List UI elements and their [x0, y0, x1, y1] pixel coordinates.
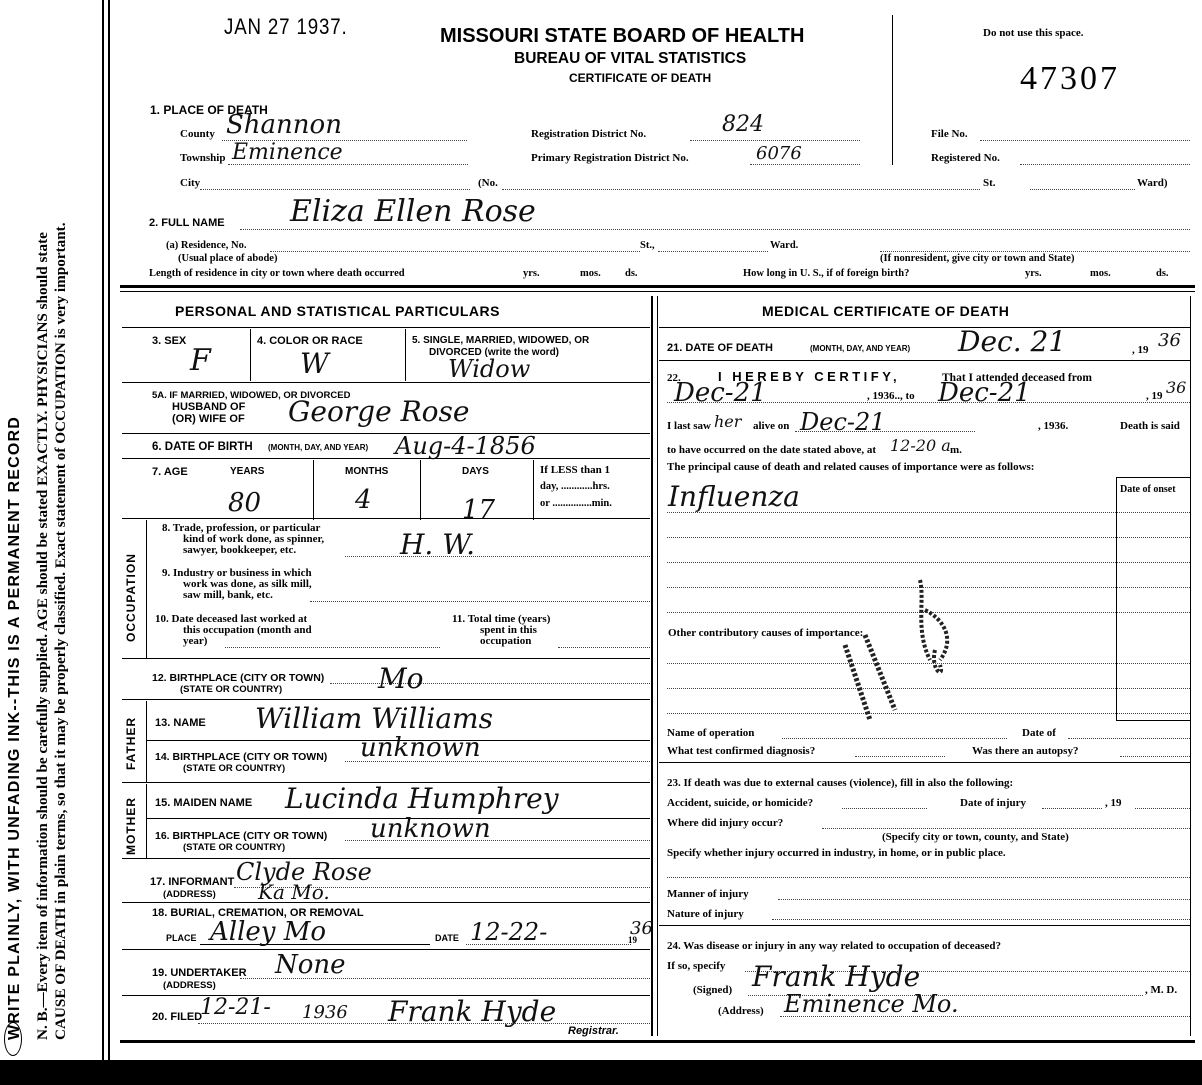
dob-label: 6. DATE OF BIRTH	[152, 441, 253, 453]
county-value: Shannon	[226, 110, 342, 140]
registered-no-label: Registered No.	[931, 152, 1000, 164]
birthplace-value: Mo	[378, 662, 424, 695]
ink-mark	[835, 570, 975, 730]
attended-from-value: Dec-21	[674, 378, 767, 408]
union-label-icon	[4, 1022, 22, 1056]
operation-label: Name of operation	[667, 727, 754, 739]
burial-date-value: 12-22-	[470, 918, 547, 946]
father-birthplace-value: unknown	[360, 733, 481, 763]
trade-value: H. W.	[400, 528, 475, 561]
township-label: Township	[180, 152, 225, 164]
bureau-subtitle: BUREAU OF VITAL STATISTICS	[514, 50, 746, 68]
left-margin: WRITE PLAINLY, WITH UNFADING INK--THIS I…	[0, 0, 100, 1060]
foreign-birth-label: How long in U. S., if of foreign birth?	[743, 268, 909, 279]
burial-place-value: Alley Mo	[210, 917, 326, 947]
registrar-signature: Frank Hyde	[388, 995, 556, 1028]
age-days-value: 17	[462, 495, 495, 525]
race-label: 4. COLOR OR RACE	[257, 335, 363, 347]
reg-district-value: 824	[722, 112, 764, 137]
nb-note-line-2: CAUSE OF DEATH in plain terms, so that i…	[52, 222, 70, 1040]
sex-label: 3. SEX	[152, 335, 186, 347]
office-box-divider	[892, 15, 893, 165]
residence-ward-label: Ward.	[770, 240, 798, 251]
informant-label: 17. INFORMANT	[150, 876, 234, 888]
onset-label: Date of onset	[1120, 484, 1176, 495]
city-st-label: St.	[983, 177, 996, 189]
full-name-label: 2. FULL NAME	[149, 217, 225, 229]
permanent-record-instruction: WRITE PLAINLY, WITH UNFADING INK--THIS I…	[6, 416, 24, 1040]
nb-note-line-1: N. B.—Every item of information should b…	[34, 232, 52, 1040]
residence-sub: (Usual place of abode)	[178, 253, 277, 264]
dob-sub: (MONTH, DAY, AND YEAR)	[268, 443, 368, 452]
nonresident-note: (If nonresident, give city or town and S…	[880, 253, 1074, 264]
spouse-label-2: HUSBAND OF	[172, 401, 245, 413]
test-label: What test confirmed diagnosis?	[667, 745, 815, 757]
mother-name-value: Lucinda Humphrey	[285, 782, 559, 815]
father-name-value: William Williams	[255, 702, 493, 735]
dob-value: Aug-4-1856	[395, 432, 536, 460]
office-note: Do not use this space.	[983, 27, 1084, 39]
physician-signature: Frank Hyde	[752, 960, 920, 993]
city-ward-label: Ward)	[1137, 177, 1168, 189]
father-side-label: FATHER	[124, 717, 138, 770]
file-no-label: File No.	[931, 128, 968, 140]
section-divider	[120, 285, 1195, 288]
attended-to-value: Dec-21	[938, 378, 1031, 408]
residence-label: (a) Residence, No.	[166, 240, 246, 251]
physician-address: Eminence Mo.	[784, 990, 959, 1018]
city-label: City	[180, 177, 200, 189]
days-label: DAYS	[462, 466, 489, 477]
informant-address: Ka Mo.	[258, 880, 330, 904]
margin-divider-2	[108, 0, 110, 1060]
occupation-question: 24. Was disease or injury in any way rel…	[667, 940, 1001, 952]
time-of-death-value: 12-20 a	[890, 436, 951, 455]
last-saw-pronoun: her	[714, 412, 741, 431]
burial-year-value: 36	[630, 918, 653, 939]
dod-year: 36	[1158, 330, 1181, 351]
certificate-number: 47307	[1020, 60, 1120, 98]
autopsy-label: Was there an autopsy?	[972, 745, 1078, 757]
margin-divider	[102, 0, 104, 1060]
reg-district-label: Registration District No.	[531, 128, 646, 140]
residence-st-label: St.,	[640, 240, 655, 251]
filed-year-value: 1936	[302, 1002, 348, 1023]
cause-of-death-value: Influenza	[668, 480, 800, 513]
township-value: Eminence	[232, 140, 343, 165]
marital-value: Widow	[448, 355, 530, 383]
undertaker-value: None	[275, 950, 346, 980]
primary-reg-value: 6076	[756, 143, 802, 164]
mother-name-label: 15. MAIDEN NAME	[155, 797, 252, 809]
age-label: 7. AGE	[152, 466, 188, 478]
death-certificate-page: WRITE PLAINLY, WITH UNFADING INK--THIS I…	[0, 0, 1202, 1066]
city-no-label: (No.	[478, 177, 498, 189]
birthplace-label: 12. BIRTHPLACE (CITY OR TOWN)	[152, 672, 324, 684]
mother-birthplace-label: 16. BIRTHPLACE (CITY OR TOWN)	[155, 830, 327, 842]
less-than-label: If LESS than 1	[540, 464, 610, 476]
marital-label-1: 5. SINGLE, MARRIED, WIDOWED, OR	[412, 335, 589, 346]
dod-value: Dec. 21	[958, 325, 1066, 358]
length-of-residence-label: Length of residence in city or town wher…	[149, 268, 405, 279]
filed-date-value: 12-21-	[200, 995, 271, 1020]
occupation-side-label: OCCUPATION	[124, 553, 138, 642]
mother-side-label: MOTHER	[124, 797, 138, 855]
mother-birthplace-value: unknown	[370, 814, 491, 844]
received-stamp: JAN 27 1937.	[224, 14, 348, 40]
county-label: County	[180, 128, 215, 140]
last-seen-date-value: Dec-21	[800, 408, 886, 436]
personal-section-title: PERSONAL AND STATISTICAL PARTICULARS	[175, 303, 500, 319]
sex-value: F	[190, 343, 211, 378]
months-label: MONTHS	[345, 466, 388, 477]
document-type: CERTIFICATE OF DEATH	[569, 71, 711, 85]
father-name-label: 13. NAME	[155, 717, 206, 729]
primary-reg-label: Primary Registration District No.	[531, 152, 689, 164]
principal-cause-label: The principal cause of death and related…	[667, 461, 1034, 473]
board-title: MISSOURI STATE BOARD OF HEALTH	[440, 25, 804, 48]
spouse-value: George Rose	[288, 395, 469, 428]
spouse-label-3: (OR) WIFE OF	[172, 413, 245, 425]
father-birthplace-label: 14. BIRTHPLACE (CITY OR TOWN)	[155, 751, 327, 763]
medical-section-title: MEDICAL CERTIFICATE OF DEATH	[762, 303, 1009, 319]
dod-label: 21. DATE OF DEATH	[667, 342, 773, 354]
external-causes-label: 23. If death was due to external causes …	[667, 777, 1013, 789]
undertaker-label: 19. UNDERTAKER	[152, 967, 247, 979]
years-label: YEARS	[230, 466, 264, 477]
age-months-value: 4	[355, 485, 372, 515]
scan-edge	[0, 1060, 1202, 1085]
full-name-value: Eliza Ellen Rose	[290, 194, 536, 229]
filed-label: 20. FILED	[152, 1011, 202, 1023]
age-years-value: 80	[228, 488, 261, 518]
race-value: W	[300, 347, 329, 380]
